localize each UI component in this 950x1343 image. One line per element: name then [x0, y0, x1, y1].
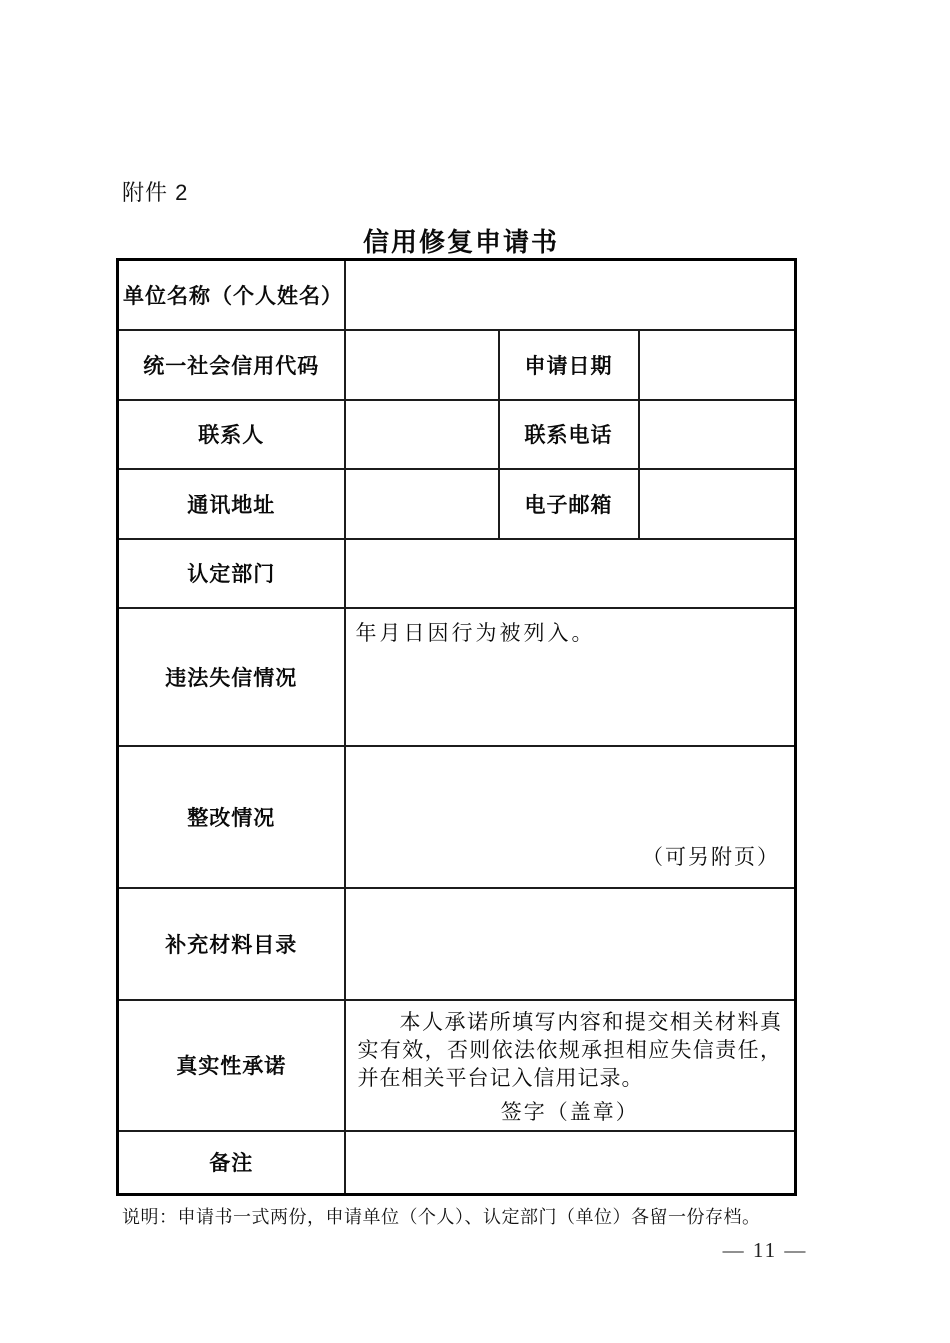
remarks-value-cell	[345, 1131, 796, 1195]
dishonesty-info-label: 违法失信情况	[118, 608, 345, 746]
contact-person-value-cell	[345, 400, 499, 469]
credit-code-value-cell	[345, 330, 499, 400]
attachment-label: 附件 2	[122, 176, 188, 207]
page-number: — 11 —	[700, 1238, 830, 1263]
contact-person-label: 联系人	[118, 400, 345, 469]
row-contact-person: 联系人 联系电话	[118, 400, 796, 469]
row-authenticity: 真实性承诺 本人承诺所填写内容和提交相关材料真实有效，否则依法依规承担相应失信责…	[118, 1000, 796, 1131]
document-page: 附件 2 信用修复申请书 单位名称（个人姓名） 统一社会信用代码 申请日期 联系…	[0, 0, 950, 1343]
footnote: 说明：申请书一式两份，申请单位（个人）、认定部门（单位）各留一份存档。	[122, 1203, 822, 1229]
authenticity-value-cell: 本人承诺所填写内容和提交相关材料真实有效，否则依法依规承担相应失信责任，并在相关…	[345, 1000, 796, 1131]
application-date-value-cell	[639, 330, 796, 400]
application-form-table: 单位名称（个人姓名） 统一社会信用代码 申请日期 联系人 联系电话 通讯地址 电…	[116, 258, 797, 1196]
unit-name-value-cell	[345, 260, 796, 330]
rectification-label: 整改情况	[118, 746, 345, 888]
row-determining-dept: 认定部门	[118, 539, 796, 608]
row-mailing-address: 通讯地址 电子邮箱	[118, 469, 796, 539]
page-title: 信用修复申请书	[116, 222, 806, 259]
row-supplementary: 补充材料目录	[118, 888, 796, 1000]
email-label: 电子邮箱	[499, 469, 639, 539]
unit-name-label: 单位名称（个人姓名）	[118, 260, 345, 330]
contact-phone-label: 联系电话	[499, 400, 639, 469]
row-unit-name: 单位名称（个人姓名）	[118, 260, 796, 330]
row-remarks: 备注	[118, 1131, 796, 1195]
authenticity-pledge-text: 本人承诺所填写内容和提交相关材料真实有效，否则依法依规承担相应失信责任，并在相关…	[358, 1009, 783, 1093]
row-dishonesty-info: 违法失信情况 年月日因行为被列入。	[118, 608, 796, 746]
email-value-cell	[639, 469, 796, 539]
contact-phone-value-cell	[639, 400, 796, 469]
rectification-value-cell: （可另附页）	[345, 746, 796, 888]
determining-dept-value-cell	[345, 539, 796, 608]
supplementary-value-cell	[345, 888, 796, 1000]
supplementary-label: 补充材料目录	[118, 888, 345, 1000]
row-rectification: 整改情况 （可另附页）	[118, 746, 796, 888]
row-credit-code: 统一社会信用代码 申请日期	[118, 330, 796, 400]
determining-dept-label: 认定部门	[118, 539, 345, 608]
dishonesty-info-value-cell: 年月日因行为被列入。	[345, 608, 796, 746]
signature-seal-line: 签字（盖章）	[358, 1096, 783, 1126]
remarks-label: 备注	[118, 1131, 345, 1195]
mailing-address-value-cell	[345, 469, 499, 539]
mailing-address-label: 通讯地址	[118, 469, 345, 539]
authenticity-label: 真实性承诺	[118, 1000, 345, 1131]
credit-code-label: 统一社会信用代码	[118, 330, 345, 400]
application-date-label: 申请日期	[499, 330, 639, 400]
